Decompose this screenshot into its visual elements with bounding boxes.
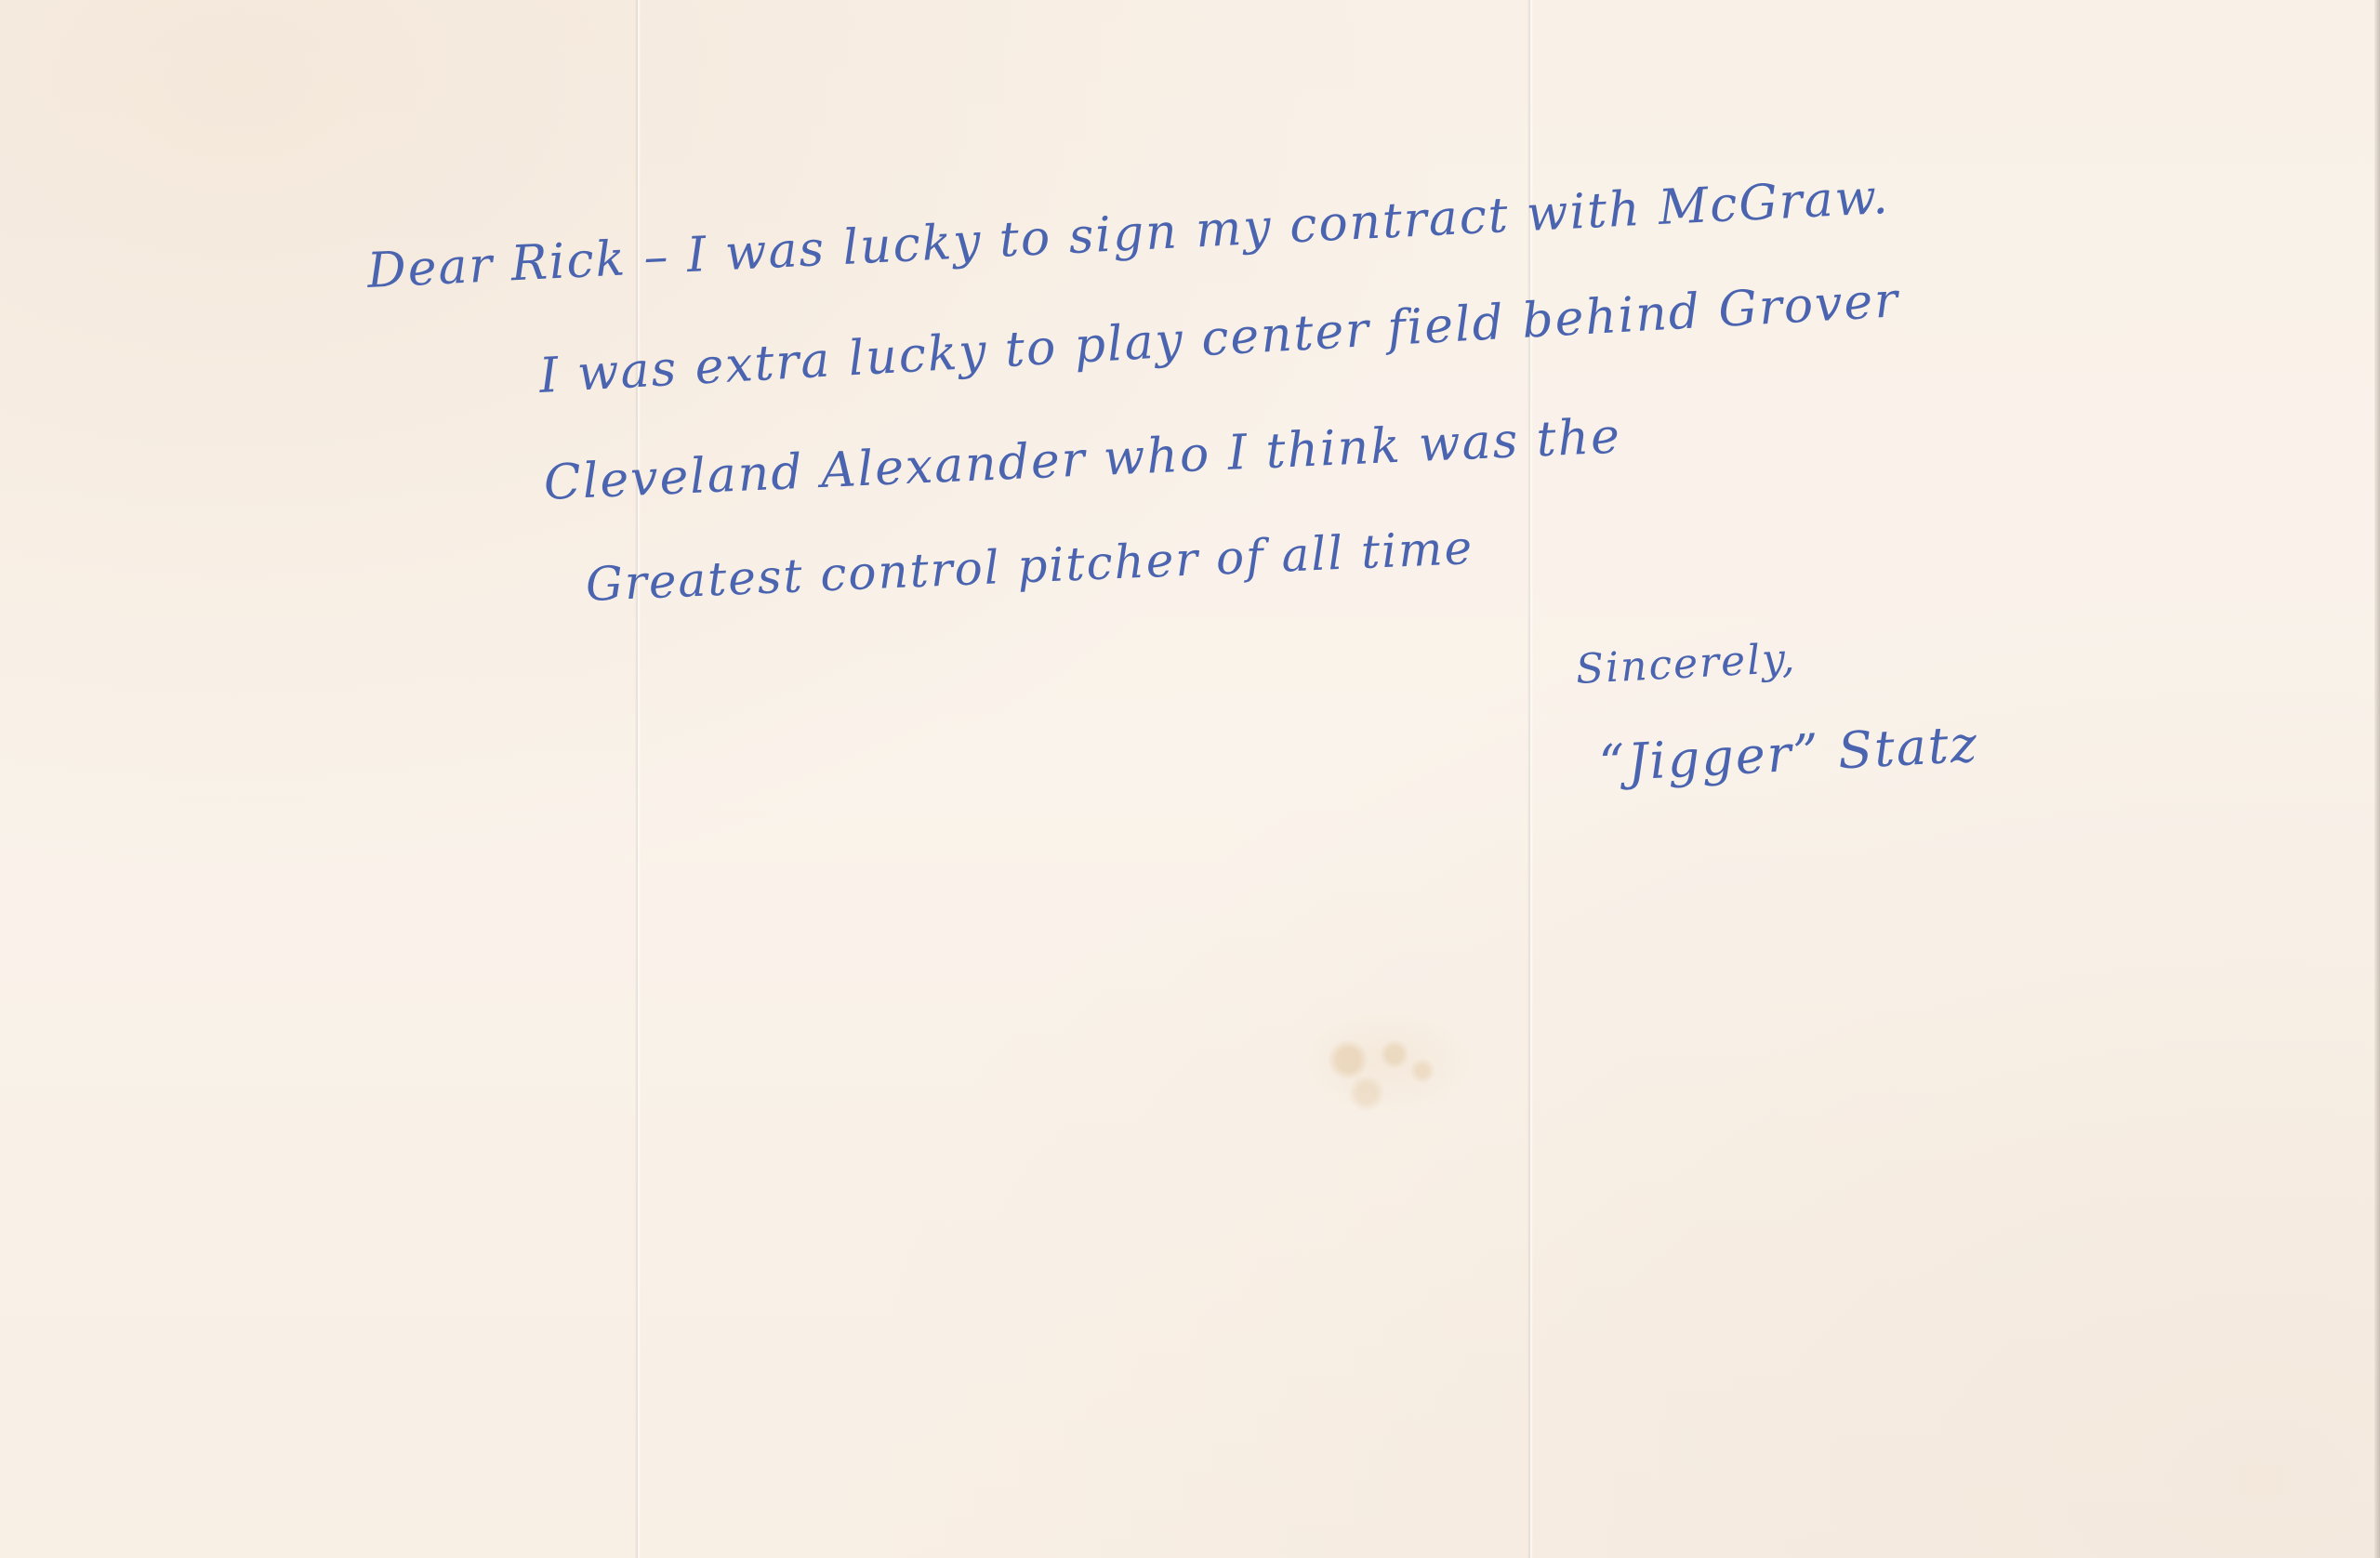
paper-edge	[2374, 0, 2380, 1558]
letter-line-3: Cleveland Alexander who I think was the	[543, 408, 1622, 511]
paper-stain	[1292, 1004, 1478, 1116]
letter-line-2: I was extra lucky to play center field b…	[537, 272, 1900, 404]
letter-line-salutation: Dear Rick – I was lucky to sign my contr…	[366, 169, 1891, 299]
letter-signature: “Jigger” Statz	[1597, 715, 1979, 793]
letter-sheet: Dear Rick – I was lucky to sign my contr…	[0, 0, 2380, 1558]
letter-line-4: Greatest control pitcher of all time	[585, 521, 1474, 612]
letter-closing: Sincerely,	[1575, 635, 1798, 693]
